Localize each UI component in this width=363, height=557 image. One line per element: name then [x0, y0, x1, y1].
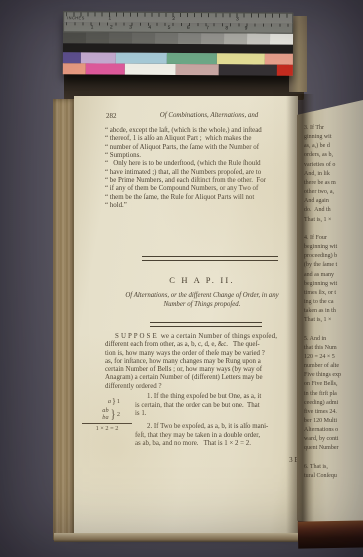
- margin-letters-ab-ba: abba: [102, 407, 108, 422]
- color-calibration-target: INCHES 123 123456789: [63, 11, 293, 76]
- color-strip-2: [63, 63, 293, 76]
- chapter-subtitle: Of Alternations, or the different Change…: [100, 292, 304, 309]
- quoted-paragraph: “ abcde, except the laſt, (which is the …: [105, 127, 303, 210]
- margin-value-1: 1: [117, 398, 120, 405]
- margin-total: 1 × 2 = 2: [82, 423, 132, 432]
- margin-calculation: a } 1 abba } 2 1 × 2 = 2: [82, 397, 134, 432]
- left-page: 282 Of Combinations, Alternations, and “…: [74, 96, 298, 535]
- section-rule-bottom: [150, 322, 262, 327]
- book-fore-edge: [53, 99, 76, 540]
- margin-row-1: a } 1: [82, 397, 134, 406]
- margin-letter-a: a: [108, 398, 111, 405]
- facing-page-text: 3. If Thrginning witas, a,) be dorders, …: [304, 124, 363, 481]
- body-paragraph: S U P P O S E we a certain Number of thi…: [105, 333, 303, 391]
- section-rule-top: [142, 256, 278, 261]
- numbered-item-2: 2. If Two be expoſed, as a, b, it is alſ…: [135, 423, 305, 449]
- cm-ruler-numbers: 123456789: [82, 24, 255, 31]
- signature-mark: 3 B: [105, 456, 299, 464]
- running-title: Of Combinations, Alternations, and: [104, 112, 300, 119]
- brace-icon: }: [112, 397, 116, 406]
- cm-ruler: 123456789: [63, 22, 293, 34]
- facing-page-sliver: 3. If Thrginning witas, a,) be dorders, …: [297, 100, 363, 525]
- photo-stage: 282 Of Combinations, Alternations, and “…: [0, 0, 363, 557]
- margin-row-2: abba } 2: [82, 406, 134, 422]
- book-cover-edge: [298, 520, 363, 548]
- numbered-item-1: 1. If the thing expoſed be but One, as a…: [135, 393, 305, 419]
- margin-value-2: 2: [117, 411, 120, 418]
- page-header: 282 Of Combinations, Alternations, and: [104, 112, 300, 122]
- brace-icon: }: [110, 406, 115, 422]
- chapter-heading: C H A P. II.: [104, 275, 300, 285]
- page-block-bottom-edge: [54, 533, 298, 542]
